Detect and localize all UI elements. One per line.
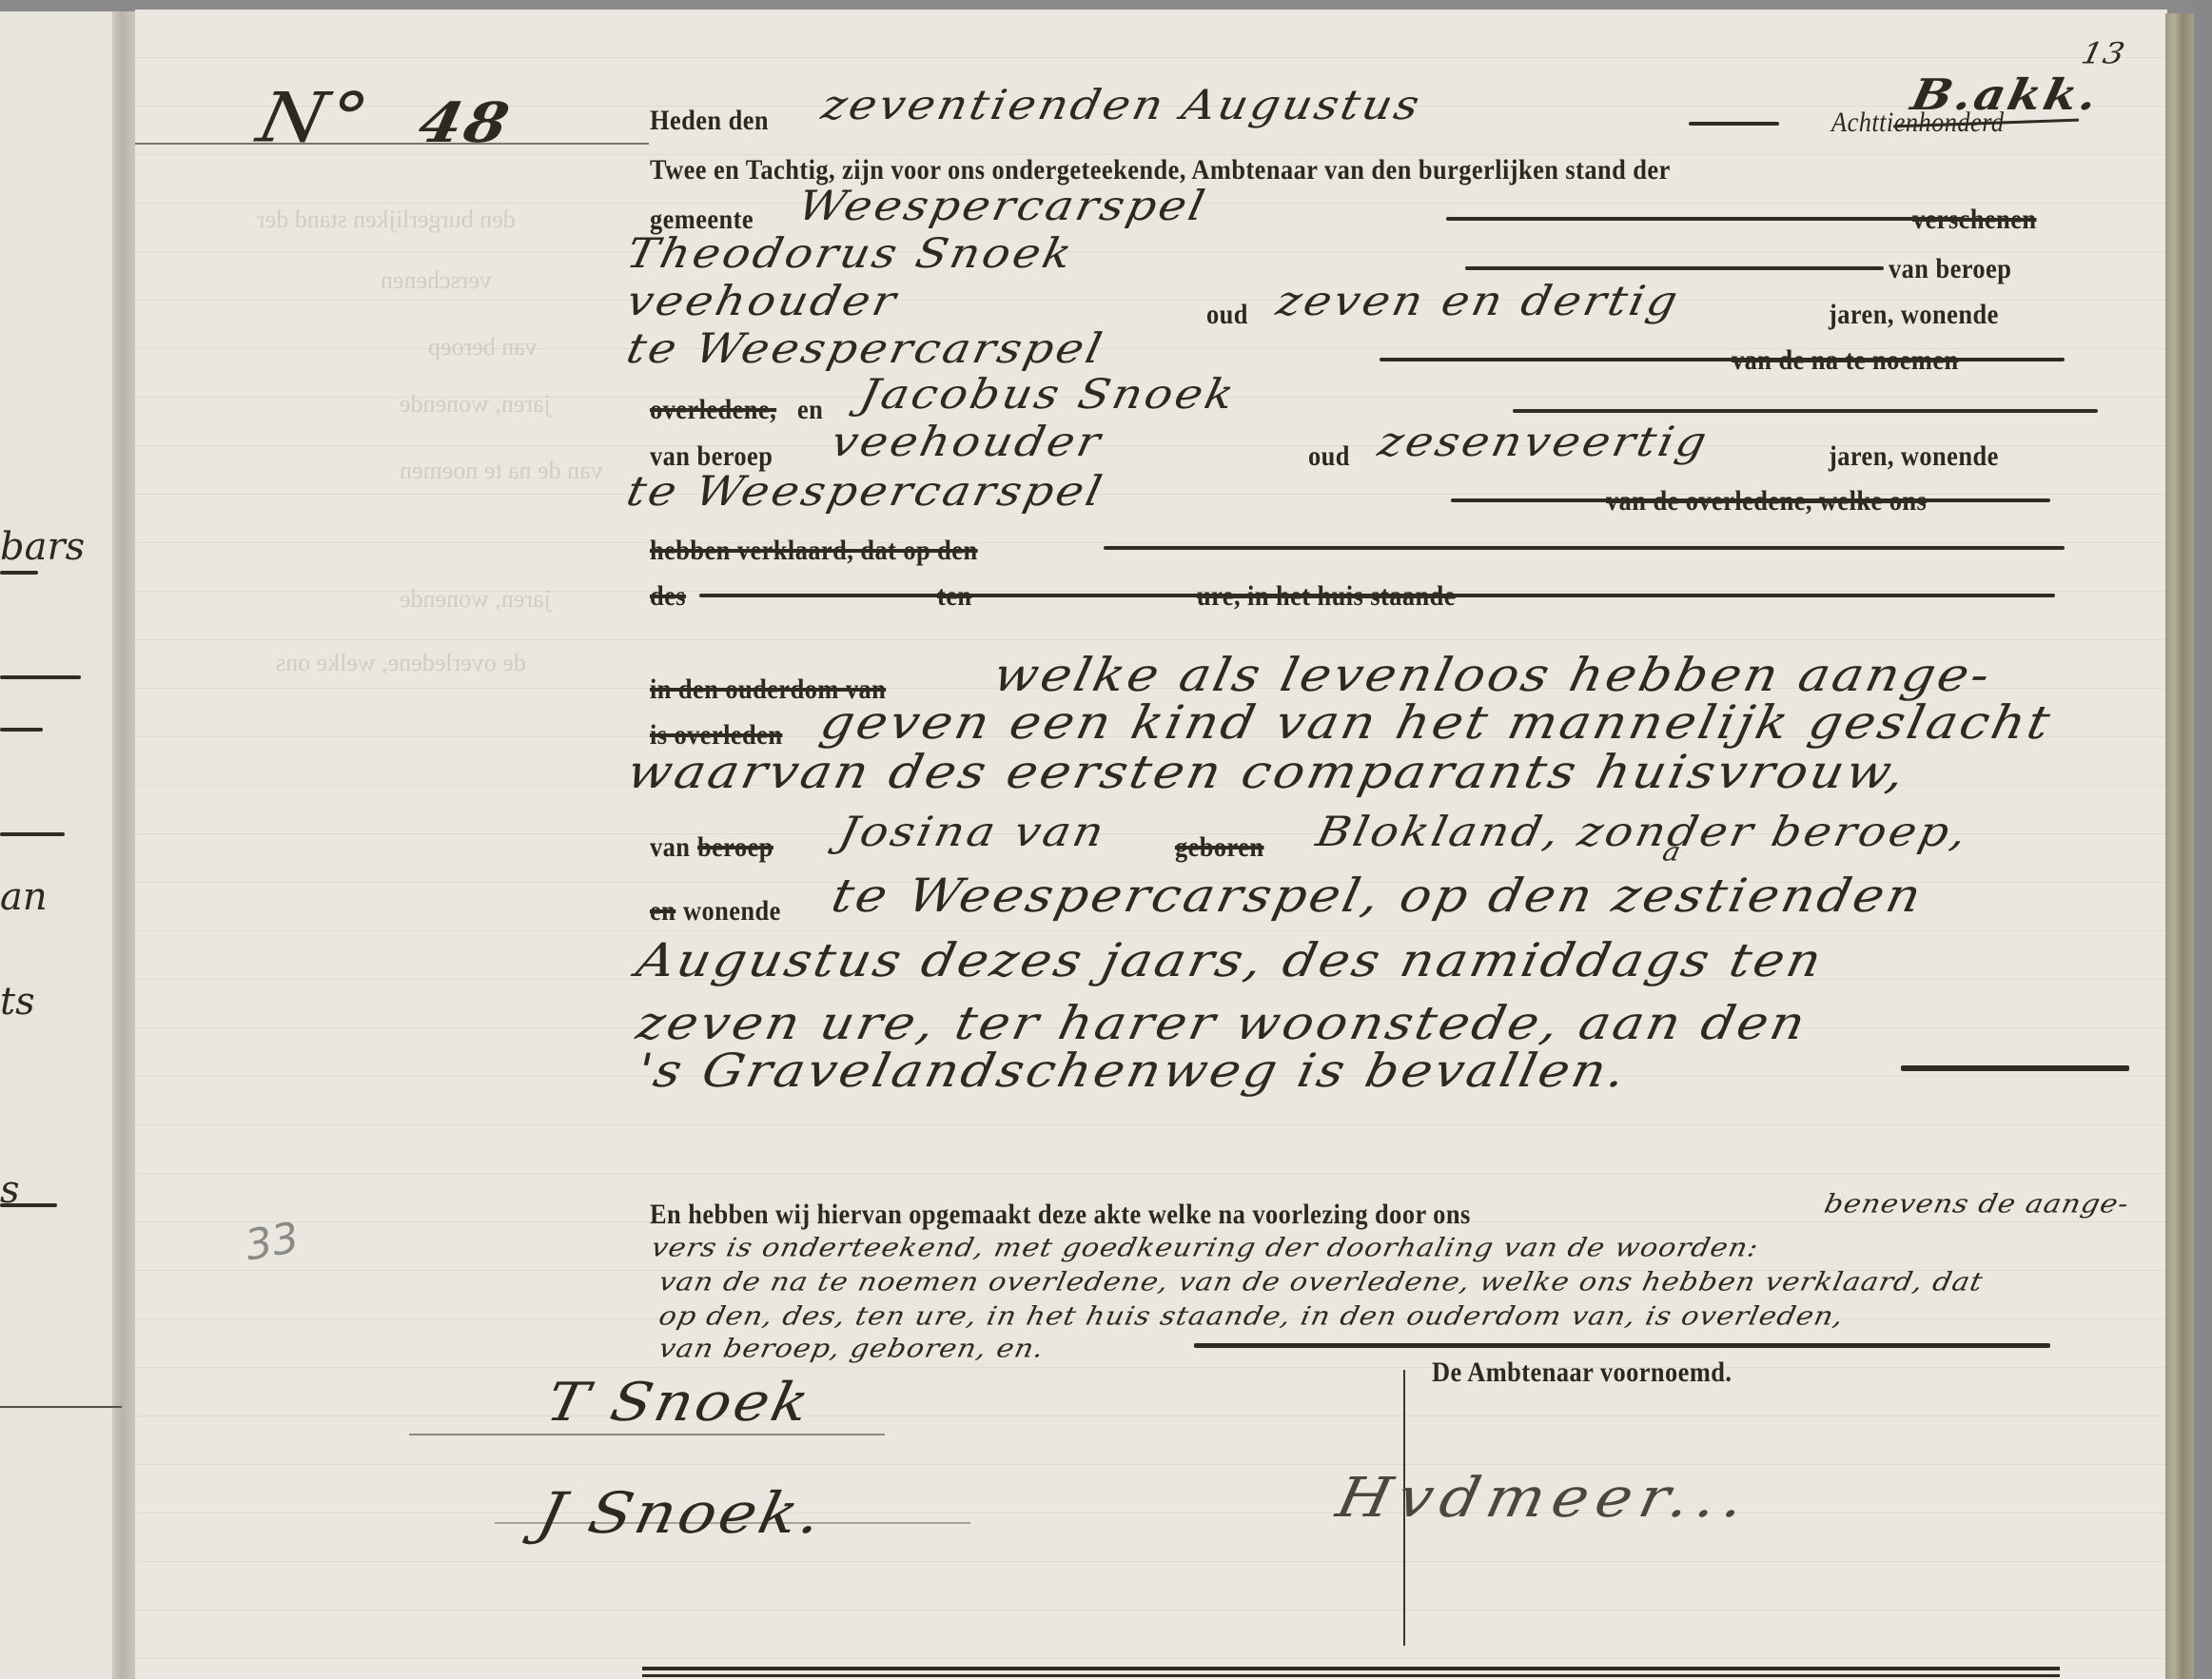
printed-official-label: De Ambtenaar voornoemd.: [1432, 1358, 1732, 1387]
fill-rule: [1446, 217, 1965, 221]
fill-rule: [1380, 358, 2065, 361]
fill-rule: [1901, 1065, 2129, 1071]
left-page-rule: [0, 675, 81, 679]
pencil-annotation: 33: [242, 1214, 303, 1271]
fill-rule: [1194, 1343, 2050, 1348]
printed-struck-overledene-ons: van de overledene, welke ons: [1606, 487, 1927, 516]
hand-declarant-1-age: zeven en dertig: [1273, 281, 1684, 322]
hand-municipality: Weespercarspel: [794, 185, 1211, 226]
record-number: 48: [414, 96, 516, 151]
hand-closing-line-1: benevens de aange-: [1822, 1192, 2131, 1218]
hand-birth-date-time: Augustus dezes jaars, des namiddags ten: [633, 937, 1828, 984]
left-page-fragment: ts: [0, 980, 35, 1024]
hand-declarant-2-name: Jacobus Snoek: [856, 374, 1241, 415]
hand-birth-place-date: te Weespercarspel, op den zestienden: [828, 872, 1928, 919]
signature-official: Hvdmeer...: [1332, 1471, 1756, 1526]
printed-line-2-text: Twee en Tachtig, zijn voor ons ondergete…: [650, 154, 1671, 185]
printed-struck-geboren: geboren: [1175, 833, 1264, 862]
page-stack-edge: [2165, 13, 2194, 1679]
printed-wonende: wonende: [683, 897, 781, 926]
show-through-text: van beroep: [428, 333, 538, 361]
hand-declarant-2-age: zesenveertig: [1375, 421, 1713, 462]
signature-declarant-2: J Snoek.: [533, 1486, 830, 1542]
show-through-text: jaren, wonende: [400, 390, 551, 419]
left-page-rule: [0, 728, 43, 732]
printed-van-beroep: van beroep: [1889, 255, 2011, 283]
show-through-text: van de na te noemen: [400, 457, 603, 485]
printed-en: en: [797, 396, 823, 424]
left-page-fragment: an: [0, 875, 48, 919]
printed-verschenen: verschenen: [1912, 205, 2037, 234]
printed-closing-formula: En hebben wij hiervan opgemaakt deze akt…: [650, 1201, 1471, 1229]
hand-declarant-1-occupation: veehouder: [623, 281, 902, 322]
book-gutter: [112, 11, 135, 1679]
hand-birth-hour-location: zeven ure, ter harer woonstede, aan den: [633, 1000, 1811, 1046]
background-edge: [2194, 0, 2212, 1679]
printed-struck-des: des: [650, 582, 686, 611]
fill-rule: [1513, 409, 2098, 413]
printed-jaren-wonende-2: jaren, wonende: [1829, 442, 1999, 471]
hand-declarant-2-occupation: veehouder: [828, 421, 1106, 462]
hand-declarant-1-residence: te Weespercarspel: [623, 328, 1108, 369]
signature-guide-line: [409, 1434, 885, 1435]
bottom-rule: [642, 1667, 2060, 1670]
fill-rule: [1689, 122, 1779, 126]
signature-declarant-1: T Snoek: [542, 1376, 816, 1429]
fill-rule: [1104, 546, 2065, 550]
hand-closing-line-2: vers is onderteekend, met goedkeuring de…: [649, 1236, 1761, 1261]
printed-oud: oud: [1206, 301, 1248, 329]
page-number: 13: [2079, 39, 2128, 68]
printed-line-2: Twee en Tachtig, zijn voor ons ondergete…: [650, 156, 1671, 185]
hand-stillborn-text-2: geven een kind van het mannelijk geslach…: [816, 699, 2056, 746]
hand-stillborn-text-1: welke als levenloos hebben aange-: [989, 652, 1996, 698]
printed-oud-2: oud: [1308, 442, 1350, 471]
printed-struck-na-te-noemen: van de na te noemen: [1732, 346, 1959, 375]
printed-century: Achttienhonderd: [1831, 108, 2005, 137]
left-page-fragment: bars: [0, 525, 85, 569]
printed-heden-den: Heden den: [650, 107, 769, 135]
show-through-text: jaren, wonende: [400, 585, 551, 614]
hand-closing-line-4: op den, des, ten ure, in het huis staand…: [656, 1304, 1847, 1330]
hand-closing-line-5: van beroep, geboren, en.: [656, 1337, 1047, 1362]
left-page-rule: [0, 571, 38, 575]
facing-left-page: [0, 11, 122, 1679]
hand-date: zeventienden Augustus: [818, 85, 1425, 126]
left-page-rule: [0, 832, 65, 836]
printed-struck-en: en: [650, 897, 675, 926]
printed-struck-overledene: overledene,: [650, 396, 776, 424]
hand-declarant-2-residence: te Weespercarspel: [623, 471, 1108, 512]
hand-closing-line-3: van de na te noemen overledene, van de o…: [656, 1270, 1986, 1296]
bottom-rule: [642, 1674, 2060, 1677]
show-through-text: den burgerlijken stand der: [257, 205, 516, 234]
printed-struck-verklaard: hebben verklaard, dat op den: [650, 537, 978, 565]
left-page-fragment: s: [0, 1168, 20, 1212]
printed-van: van: [650, 833, 690, 862]
fill-rule: [699, 594, 2055, 597]
printed-struck-beroep: beroep: [697, 833, 773, 862]
hand-declarant-1-name: Theodorus Snoek: [623, 233, 1078, 274]
show-through-text: de overledene, welke ons: [276, 649, 526, 677]
left-page-rule: [0, 1406, 122, 1408]
hand-stillborn-text-3: waarvan des eersten comparants huisvrouw…: [623, 749, 1911, 795]
show-through-text: verschenen: [381, 266, 492, 295]
header-rule: [135, 143, 649, 145]
hand-mother-first-name: Josina van: [835, 811, 1110, 852]
fill-rule: [1465, 266, 1884, 270]
hand-mother-surname-occupation: Blokland, zonder beroep,: [1313, 811, 1973, 852]
hand-birth-street: 's Gravelandschenweg is bevallen.: [633, 1047, 1633, 1094]
printed-jaren-wonende: jaren, wonende: [1829, 301, 1999, 329]
record-number-prefix: N°: [252, 84, 377, 152]
